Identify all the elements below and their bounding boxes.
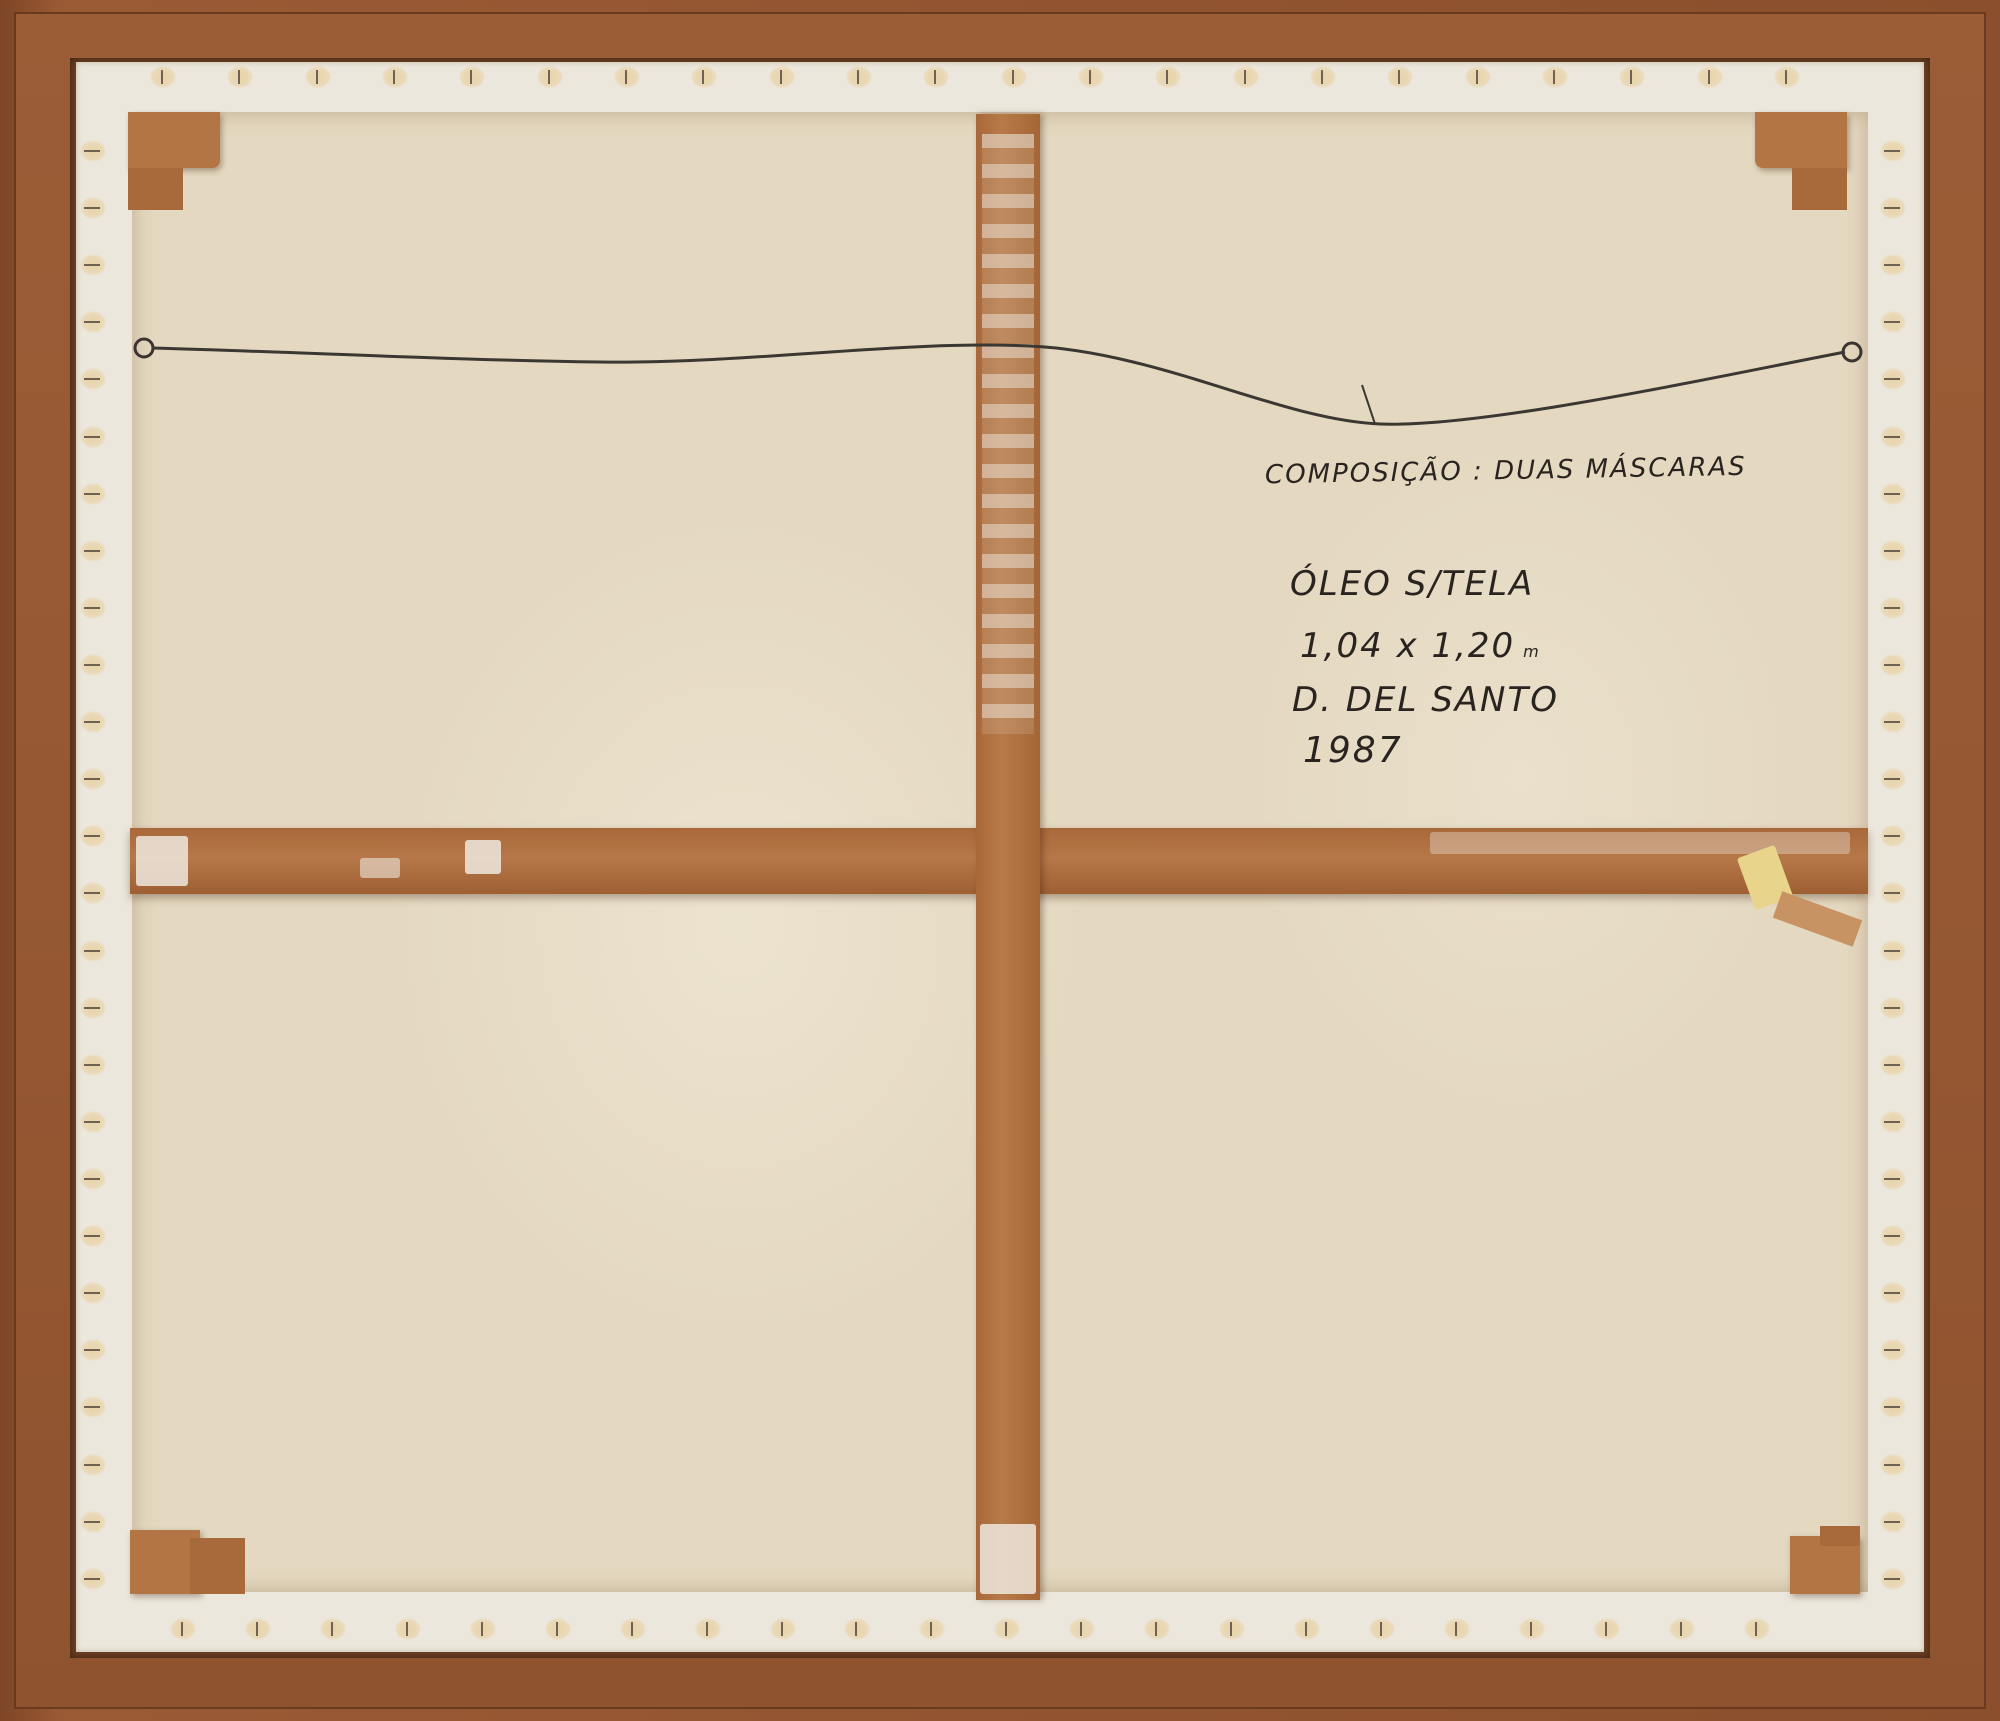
staple (1444, 1618, 1470, 1640)
staple (1387, 66, 1413, 88)
staple (150, 66, 176, 88)
staple (1744, 1618, 1770, 1640)
corner-key-top-right (1755, 112, 1847, 168)
staple (1880, 368, 1906, 390)
staple (80, 1339, 106, 1361)
staple (1369, 1618, 1395, 1640)
corner-key-top-left (128, 112, 220, 168)
staple (1880, 197, 1906, 219)
staple (80, 483, 106, 505)
staple (919, 1618, 945, 1640)
staple (1880, 540, 1906, 562)
staple (320, 1618, 346, 1640)
staple (1594, 1618, 1620, 1640)
staple (1880, 426, 1906, 448)
staple (1880, 1339, 1906, 1361)
staple (1310, 66, 1336, 88)
staple (459, 66, 485, 88)
staple-column-right (1880, 140, 1916, 1590)
staple (1880, 254, 1906, 276)
staple (1880, 711, 1906, 733)
staple (691, 66, 717, 88)
staple (1880, 1568, 1906, 1590)
staple (80, 311, 106, 333)
staple (1542, 66, 1568, 88)
staple (1880, 1111, 1906, 1133)
staple (1619, 66, 1645, 88)
staple (80, 1396, 106, 1418)
staple (1880, 768, 1906, 790)
staple (545, 1618, 571, 1640)
staple (80, 940, 106, 962)
staple (395, 1618, 421, 1640)
staple (1144, 1618, 1170, 1640)
paint-smudge (360, 858, 400, 878)
inscription-medium: ÓLEO S/TELA (1290, 564, 1534, 604)
staple (305, 66, 331, 88)
inscription-year: 1987 (1303, 730, 1403, 771)
staple (470, 1618, 496, 1640)
paint-smudge (980, 1524, 1036, 1594)
staple-row-top (150, 66, 1800, 96)
staple (80, 1111, 106, 1133)
staple (227, 66, 253, 88)
staple (1880, 1282, 1906, 1304)
staple (80, 1054, 106, 1076)
dimensions-value: 1,04 x 1,20 (1300, 626, 1515, 666)
staple (1880, 1168, 1906, 1190)
staple (1669, 1618, 1695, 1640)
staple (695, 1618, 721, 1640)
staple (844, 1618, 870, 1640)
staple (1880, 825, 1906, 847)
staple (620, 1618, 646, 1640)
staple (1880, 597, 1906, 619)
staple (1697, 66, 1723, 88)
staple (1519, 1618, 1545, 1640)
staple (846, 66, 872, 88)
staple (80, 768, 106, 790)
staple (1880, 140, 1906, 162)
staple (80, 882, 106, 904)
staple (80, 711, 106, 733)
staple (1219, 1618, 1245, 1640)
paint-smudge (136, 836, 188, 886)
staple (1001, 66, 1027, 88)
inscription-artist: D. DEL SANTO (1292, 680, 1559, 720)
staple (1880, 1225, 1906, 1247)
dimensions-unit: m (1523, 642, 1541, 661)
staple (770, 1618, 796, 1640)
staple (1880, 654, 1906, 676)
staple (80, 140, 106, 162)
staple (170, 1618, 196, 1640)
staple (1880, 1454, 1906, 1476)
staple (80, 1168, 106, 1190)
staple (80, 426, 106, 448)
staple (382, 66, 408, 88)
staple (769, 66, 795, 88)
staple (80, 540, 106, 562)
inscription-dimensions: 1,04 x 1,20m (1300, 626, 1541, 666)
staple (80, 197, 106, 219)
staple (1078, 66, 1104, 88)
staple (245, 1618, 271, 1640)
staple (80, 825, 106, 847)
staple (80, 254, 106, 276)
staple (80, 1225, 106, 1247)
paint-smudge (465, 840, 501, 874)
corner-key-bottom-right (1790, 1536, 1860, 1594)
staple (614, 66, 640, 88)
staple (80, 597, 106, 619)
staple (1294, 1618, 1320, 1640)
staple (80, 654, 106, 676)
staple (923, 66, 949, 88)
staple-row-bottom (170, 1618, 1770, 1648)
staple (994, 1618, 1020, 1640)
staple (1069, 1618, 1095, 1640)
staple (1880, 1511, 1906, 1533)
staple (1880, 882, 1906, 904)
staple (80, 1282, 106, 1304)
stretcher-crossbar-vertical (976, 114, 1040, 1600)
staple (1880, 311, 1906, 333)
staple (1880, 940, 1906, 962)
staple (1880, 1054, 1906, 1076)
staple (1880, 1396, 1906, 1418)
staple (80, 1511, 106, 1533)
staple-column-left (80, 140, 116, 1590)
staple (1155, 66, 1181, 88)
staple (80, 1568, 106, 1590)
staple (1465, 66, 1491, 88)
staple (80, 368, 106, 390)
staple (80, 997, 106, 1019)
staple (1774, 66, 1800, 88)
staple (1880, 997, 1906, 1019)
staple (537, 66, 563, 88)
staple (1233, 66, 1259, 88)
corner-key-bottom-left (130, 1530, 200, 1594)
staple (1880, 483, 1906, 505)
staple (80, 1454, 106, 1476)
paint-smudge (1430, 832, 1850, 854)
